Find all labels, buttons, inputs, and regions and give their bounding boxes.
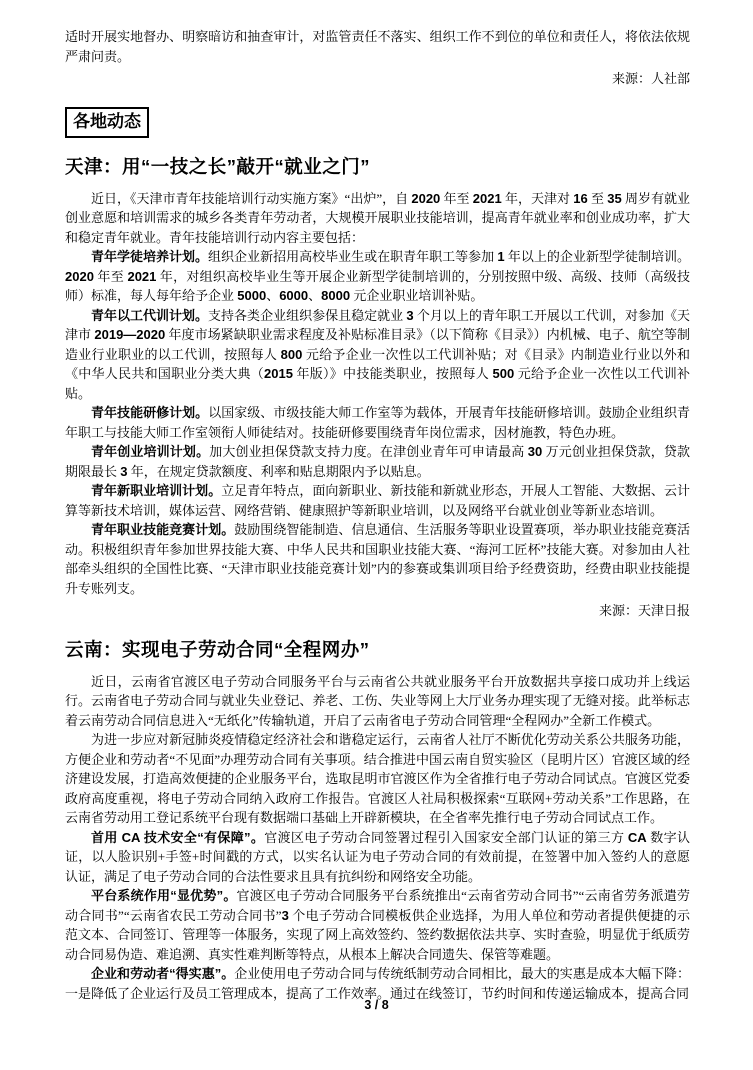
bold-number: 3 [120,464,127,479]
bold-number: 2021 [127,269,156,284]
source-line-ministry: 来源：人社部 [65,69,690,89]
article-title: 云南：实现电子劳动合同“全程网办” [65,637,690,662]
bold-number: 3 [282,908,289,923]
document-page: 适时开展实地督办、明察暗访和抽查审计，对监管责任不落实、组织工作不到位的单位和责… [0,0,753,1070]
article-paragraph: 首用 CA 技术安全“有保障”。官渡区电子劳动合同签署过程引入国家安全部门认证的… [65,828,690,887]
article-title: 天津：用“一技之长”敲开“就业之门” [65,154,690,179]
source-line: 来源：天津日报 [65,601,690,621]
page-number: 3 / 8 [0,998,753,1012]
paragraph-lead: 平台系统作用“显优势”。 [91,888,237,903]
article-paragraph: 青年以工代训计划。支持各类企业组织参保且稳定就业 3 个月以上的青年职工开展以工… [65,306,690,404]
bold-number: 16 [573,191,587,206]
bold-number: 2020 [411,191,440,206]
article-paragraph: 青年新职业培训计划。立足青年特点，面向新职业、新技能和新就业形态，开展人工智能、… [65,481,690,520]
continuation-paragraph: 适时开展实地督办、明察暗访和抽查审计，对监管责任不落实、组织工作不到位的单位和责… [65,27,690,66]
bold-number: 30 [528,444,542,459]
bold-number: 500 [493,366,515,381]
bold-number: 8000 [321,288,350,303]
section-header-box: 各地动态 [65,107,149,138]
bold-number: 35 [607,191,621,206]
paragraph-lead: 青年学徒培养计划。 [91,249,208,264]
bold-number: 800 [281,347,303,362]
bold-number: 2015 [264,366,293,381]
section-header-row: 各地动态 [65,107,690,138]
article-paragraph: 近日，《天津市青年技能培训行动实施方案》“出炉”，自 2020 年至 2021 … [65,189,690,248]
article-paragraph: 平台系统作用“显优势”。官渡区电子劳动合同服务平台系统推出“云南省劳动合同书”“… [65,886,690,964]
article-paragraph: 近日，云南省官渡区电子劳动合同服务平台与云南省公共就业服务平台开放数据共享接口成… [65,672,690,731]
article-paragraph: 为进一步应对新冠肺炎疫情稳定经济社会和谐稳定运行，云南省人社厅不断优化劳动关系公… [65,730,690,828]
article-paragraph: 青年创业培训计划。加大创业担保贷款支持力度。在津创业青年可申请最高 30 万元创… [65,442,690,481]
bold-number: CA [628,830,647,845]
articles-container: 天津：用“一技之长”敲开“就业之门”近日，《天津市青年技能培训行动实施方案》“出… [65,154,690,1004]
bold-number: 2019—2020 [94,327,165,342]
paragraph-lead: 青年职业技能竞赛计划。 [91,522,234,537]
bold-number: 2020 [65,269,94,284]
bold-number: 2021 [473,191,502,206]
paragraph-lead: 首用 CA 技术安全“有保障”。 [91,830,264,845]
article-paragraph: 青年职业技能竞赛计划。鼓励围绕智能制造、信息通信、生活服务等职业设置赛项，举办职… [65,520,690,598]
bold-number: 1 [497,249,504,264]
bold-number: 6000 [279,288,308,303]
bold-number: CA [122,830,140,845]
paragraph-lead: 青年技能研修计划。 [91,405,208,420]
paragraph-lead: 企业和劳动者“得实惠”。 [91,966,234,981]
article-paragraph: 青年技能研修计划。以国家级、市级技能大师工作室等为载体，开展青年技能研修培训。鼓… [65,403,690,442]
paragraph-lead: 青年新职业培训计划。 [91,483,221,498]
article-paragraph: 青年学徒培养计划。组织企业新招用高校毕业生或在职青年职工等参加 1 年以上的企业… [65,247,690,306]
paragraph-lead: 青年以工代训计划。 [91,308,208,323]
paragraph-lead: 青年创业培训计划。 [91,444,209,459]
bold-number: 3 [406,308,413,323]
bold-number: 5000 [237,288,266,303]
